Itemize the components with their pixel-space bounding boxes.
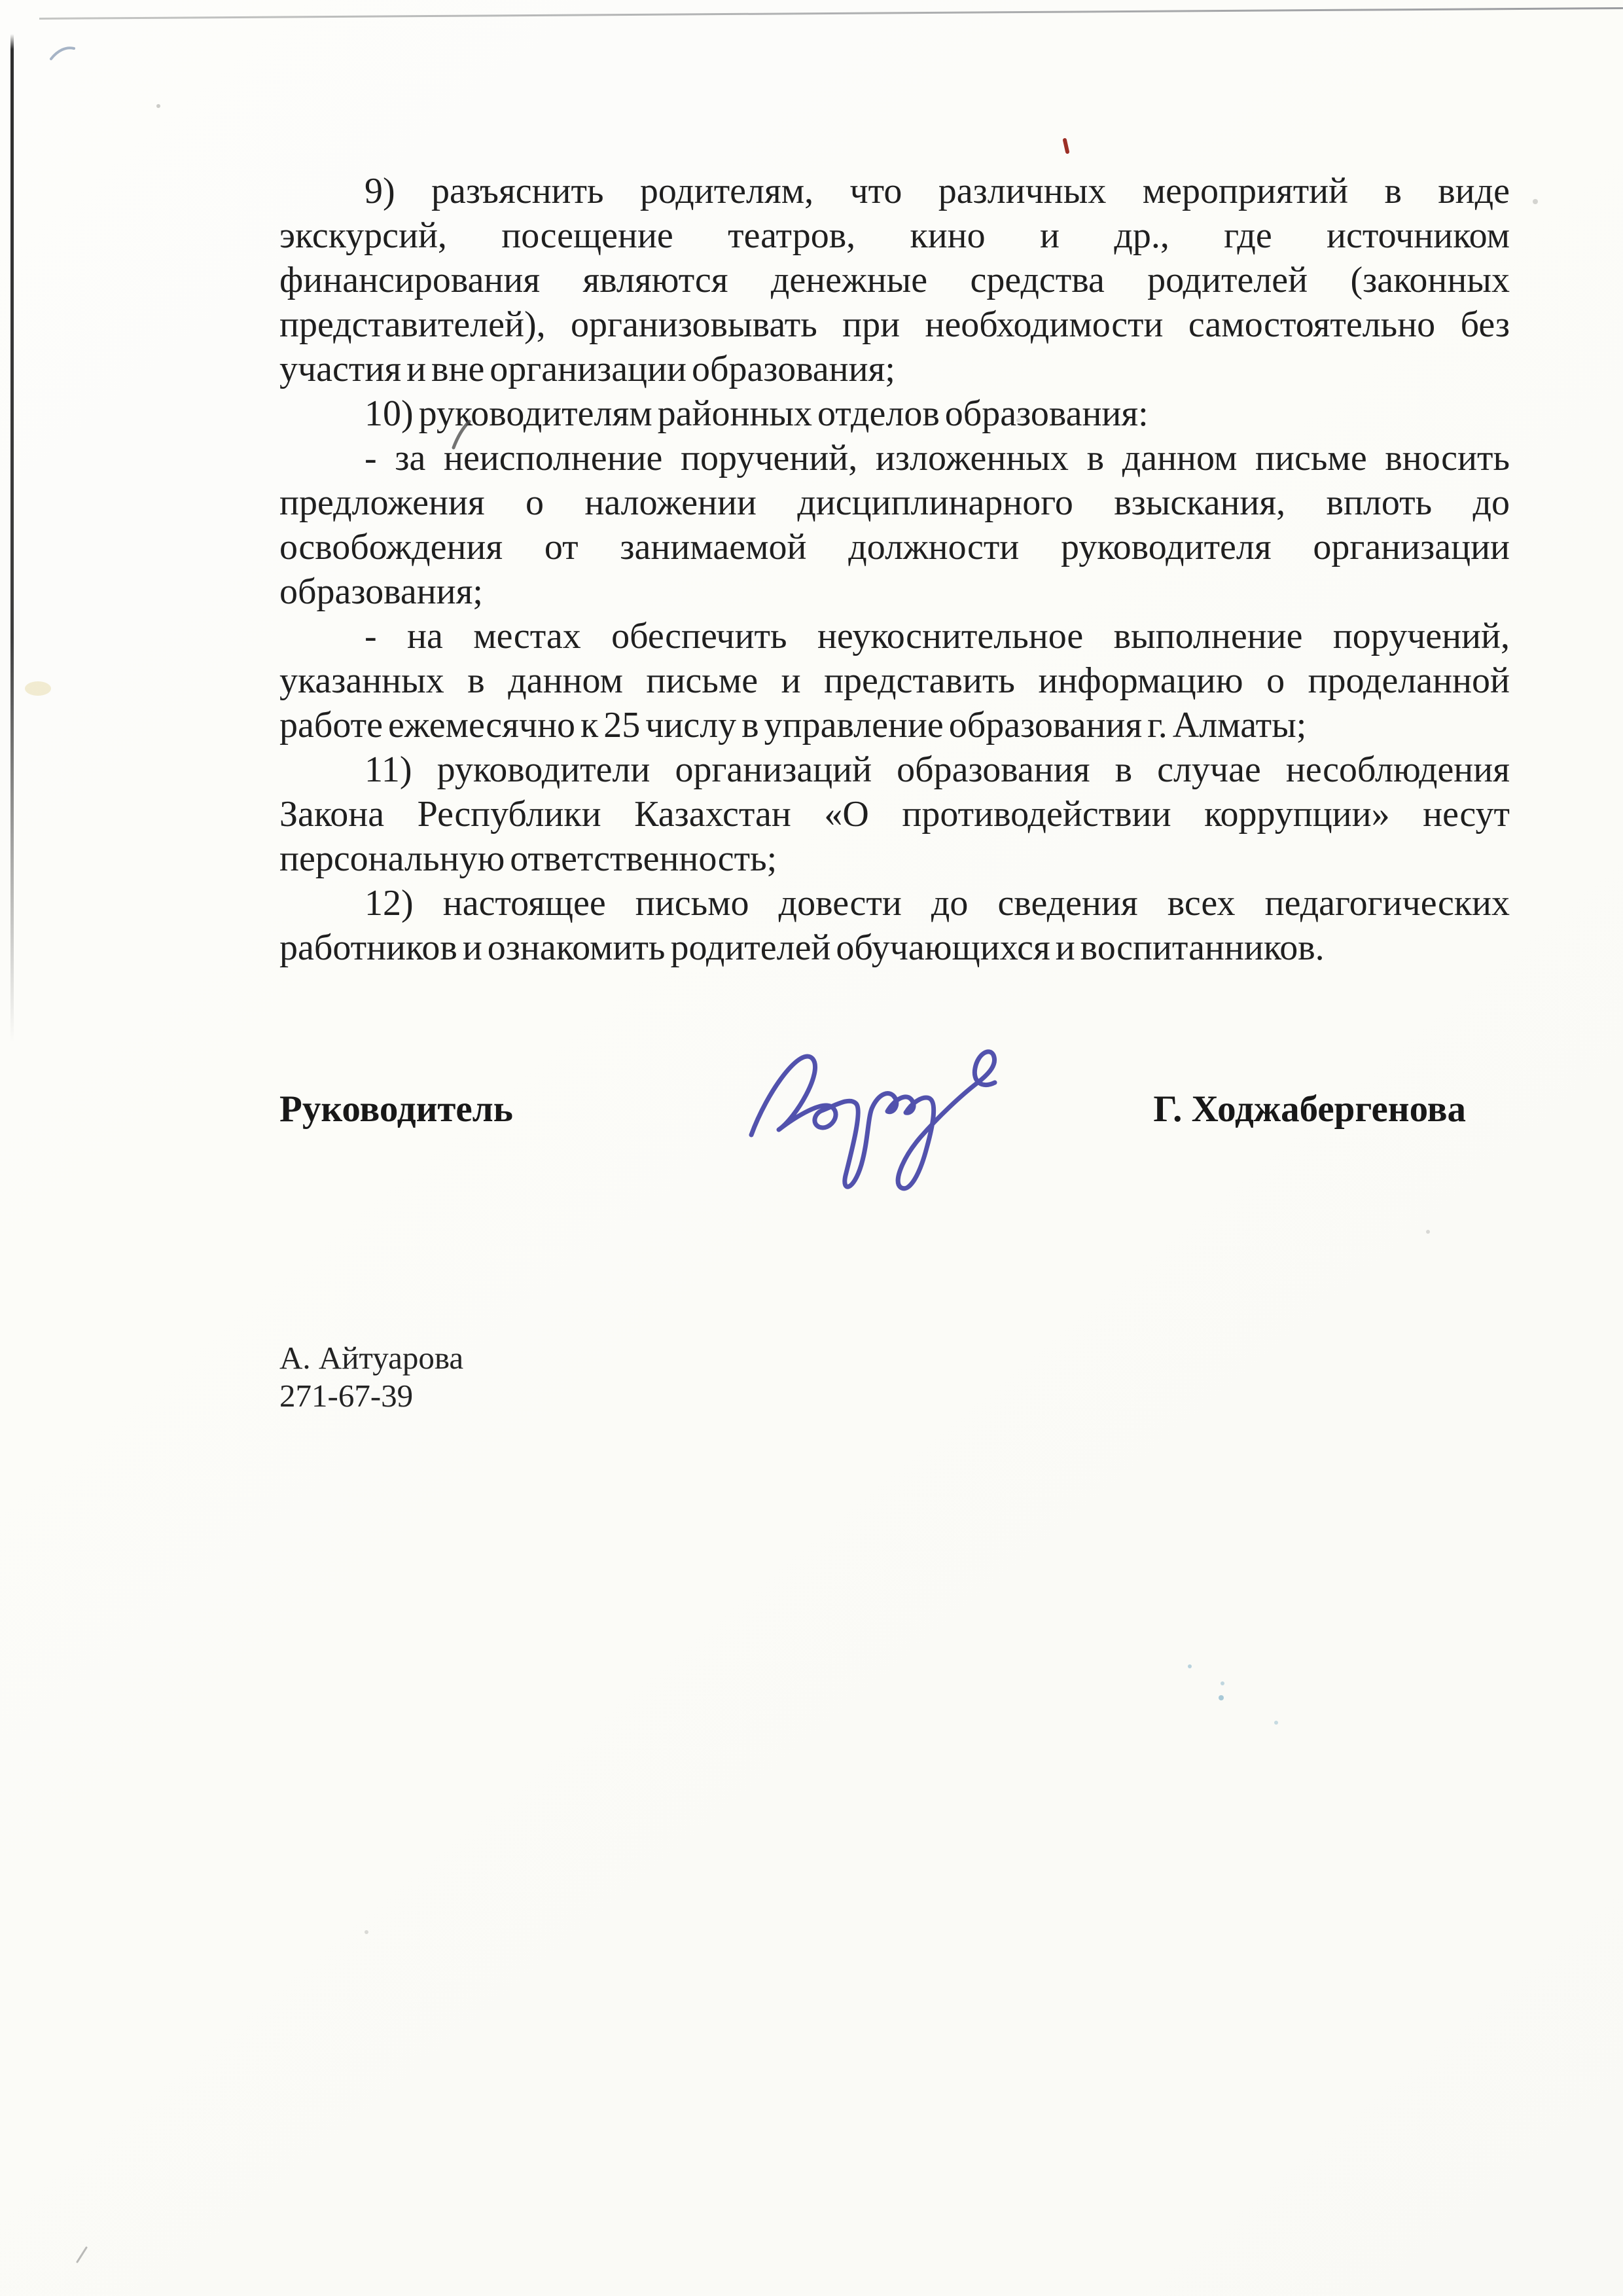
document-line: - на местах обеспечить неукоснительное в… xyxy=(279,614,1510,658)
document-line: Закона Республики Казахстан «О противоде… xyxy=(279,792,1510,836)
noise-speck xyxy=(1533,199,1538,204)
contact-phone: 271-67-39 xyxy=(279,1377,463,1415)
document-line: 11) руководители организаций образования… xyxy=(279,747,1510,792)
scanned-letter-page: 9) разъяснить родителям, что различных м… xyxy=(0,0,1623,2296)
noise-speck xyxy=(365,1930,368,1934)
document-line: финансирования являются денежные средств… xyxy=(279,258,1510,302)
noise-speck xyxy=(1188,1664,1192,1668)
red-tick-mark xyxy=(1065,140,1067,152)
signature-title: Руководитель xyxy=(279,1083,513,1136)
paragraph-item-12: 12) настоящее письмо довести до сведения… xyxy=(279,881,1510,970)
document-line: 10) руководителям районных отделов образ… xyxy=(279,391,1510,436)
paragraph-item-9: 9) разъяснить родителям, что различных м… xyxy=(279,169,1510,391)
noise-speck xyxy=(1426,1230,1430,1234)
document-line: освобождения от занимаемой должности рук… xyxy=(279,525,1510,569)
document-line: 9) разъяснить родителям, что различных м… xyxy=(279,169,1510,213)
signature-name: Г. Ходжабергенова xyxy=(1153,1083,1466,1136)
document-line: работников и ознакомить родителей обучаю… xyxy=(279,925,1510,970)
contact-block: А. Айтуарова 271-67-39 xyxy=(279,1339,463,1415)
paragraph-item-10-dash-2: - на местах обеспечить неукоснительное в… xyxy=(279,614,1510,747)
letter-body: 9) разъяснить родителям, что различных м… xyxy=(279,169,1510,970)
noise-speck xyxy=(156,104,160,108)
document-line: участия и вне организации образования; xyxy=(279,347,1510,391)
slash-mark xyxy=(77,2248,86,2262)
noise-speck xyxy=(1221,1681,1224,1685)
left-scan-edge-line xyxy=(10,34,14,1042)
document-line: предложения о наложении дисциплинарного … xyxy=(279,480,1510,525)
smudge-mark xyxy=(25,681,51,696)
pen-arc-mark xyxy=(51,48,74,59)
document-line: образования; xyxy=(279,569,1510,614)
contact-name: А. Айтуарова xyxy=(279,1339,463,1377)
document-line: 12) настоящее письмо довести до сведения… xyxy=(279,881,1510,925)
document-line: - за неисполнение поручений, изложенных … xyxy=(279,436,1510,480)
document-line: персональную ответственность; xyxy=(279,836,1510,881)
noise-speck xyxy=(1219,1695,1224,1700)
noise-speck xyxy=(1274,1721,1278,1725)
document-line: работе ежемесячно к 25 числу в управлени… xyxy=(279,703,1510,747)
paragraph-item-11: 11) руководители организаций образования… xyxy=(279,747,1510,881)
document-line: представителей), организовывать при необ… xyxy=(279,302,1510,347)
handwritten-signature-icon xyxy=(733,1013,1021,1213)
paragraph-item-10-dash-1: - за неисполнение поручений, изложенных … xyxy=(279,436,1510,614)
paragraph-item-10: 10) руководителям районных отделов образ… xyxy=(279,391,1510,436)
document-line: экскурсий, посещение театров, кино и др.… xyxy=(279,213,1510,258)
document-line: указанных в данном письме и представить … xyxy=(279,658,1510,703)
top-scan-edge-line xyxy=(39,7,1623,20)
